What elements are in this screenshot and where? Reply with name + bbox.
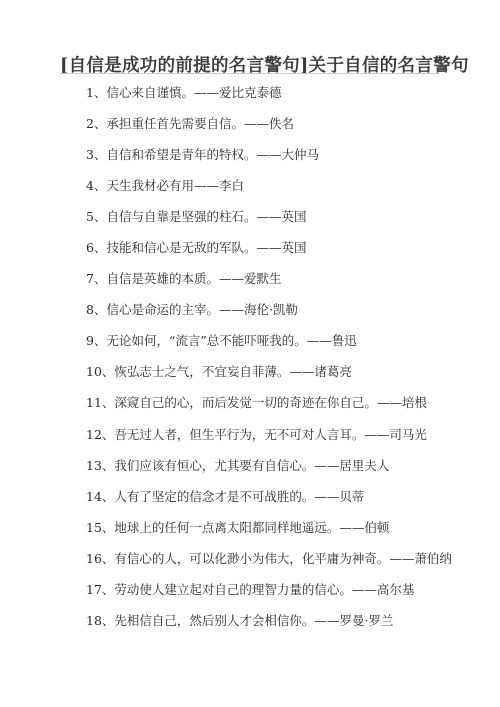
quote-item: 5、自信与自靠是坚强的柱石。——英国	[86, 208, 452, 239]
quote-item: 18、先相信自己，然后别人才会相信你。——罗曼·罗兰	[86, 612, 452, 643]
title-divider	[60, 73, 440, 74]
quote-item: 9、无论如何，“流言”总不能吓哑我的。——鲁迅	[86, 332, 452, 363]
quote-item: 11、深窥自己的心，而后发觉一切的奇迹在你自己。——培根	[86, 394, 452, 425]
page-title: [自信是成功的前提的名言警句]关于自信的名言警句	[60, 54, 440, 78]
quote-item: 8、信心是命运的主宰。——海伦·凯勒	[86, 301, 452, 332]
quote-item: 15、地球上的任何一点离太阳都同样地遥远。——伯顿	[86, 519, 452, 550]
quote-item: 4、天生我材必有用——李白	[86, 177, 452, 208]
quote-list: 1、信心来自谨慎。——爱比克泰德 2、承担重任首先需要自信。——佚名 3、自信和…	[86, 84, 452, 643]
quote-item: 7、自信是英雄的本质。——爱默生	[86, 270, 452, 301]
quote-item: 10、恢弘志士之气，不宜妄自菲薄。——诸葛亮	[86, 363, 452, 394]
quote-item: 3、自信和希望是青年的特权。——大仲马	[86, 146, 452, 177]
quote-item: 16、有信心的人，可以化渺小为伟大，化平庸为神奇。——萧伯纳	[86, 550, 452, 581]
quote-item: 14、人有了坚定的信念才是不可战胜的。——贝蒂	[86, 488, 452, 519]
quote-item: 13、我们应该有恒心，尤其要有自信心。——居里夫人	[86, 457, 452, 488]
quote-item: 17、劳动使人建立起对自己的理智力量的信心。——高尔基	[86, 581, 452, 612]
quote-item: 1、信心来自谨慎。——爱比克泰德	[86, 84, 452, 115]
quote-item: 12、吾无过人者，但生平行为，无不可对人言耳。——司马光	[86, 426, 452, 457]
quote-item: 2、承担重任首先需要自信。——佚名	[86, 115, 452, 146]
quote-item: 6、技能和信心是无敌的军队。——英国	[86, 239, 452, 270]
